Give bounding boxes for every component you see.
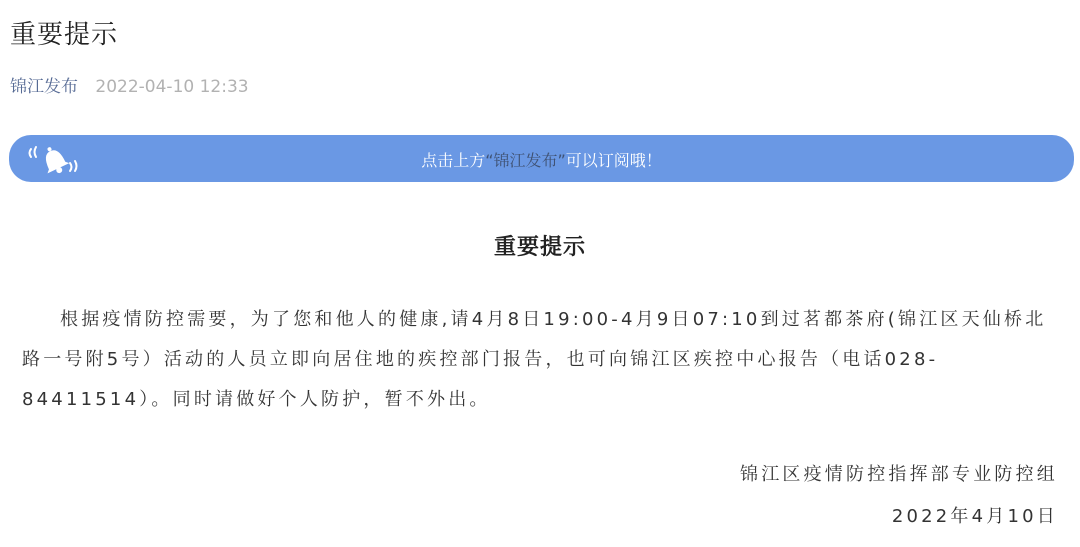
author-link[interactable]: 锦江发布 [10, 77, 78, 97]
article-meta: 锦江发布 2022-04-10 12:33 [10, 72, 249, 97]
publish-time: 2022-04-10 12:33 [95, 77, 248, 97]
banner-text-after: 可以订阅哦！ [566, 151, 662, 170]
signature-date: 2022年4月10日 [892, 502, 1058, 528]
banner-account-name: “锦江发布” [485, 151, 566, 170]
banner-text: 点击上方“锦江发布”可以订阅哦！ [9, 148, 1074, 171]
signature: 锦江区疫情防控指挥部专业防控组 [740, 460, 1058, 486]
subscribe-banner[interactable]: 点击上方“锦江发布”可以订阅哦！ [9, 135, 1074, 182]
notice-paragraph: 根据疫情防控需要，为了您和他人的健康,请4月8日19:00-4月9日07:10到… [22, 300, 1062, 420]
article-title: 重要提示 [10, 14, 118, 51]
banner-text-before: 点击上方 [421, 151, 485, 170]
content-heading: 重要提示 [0, 230, 1080, 261]
